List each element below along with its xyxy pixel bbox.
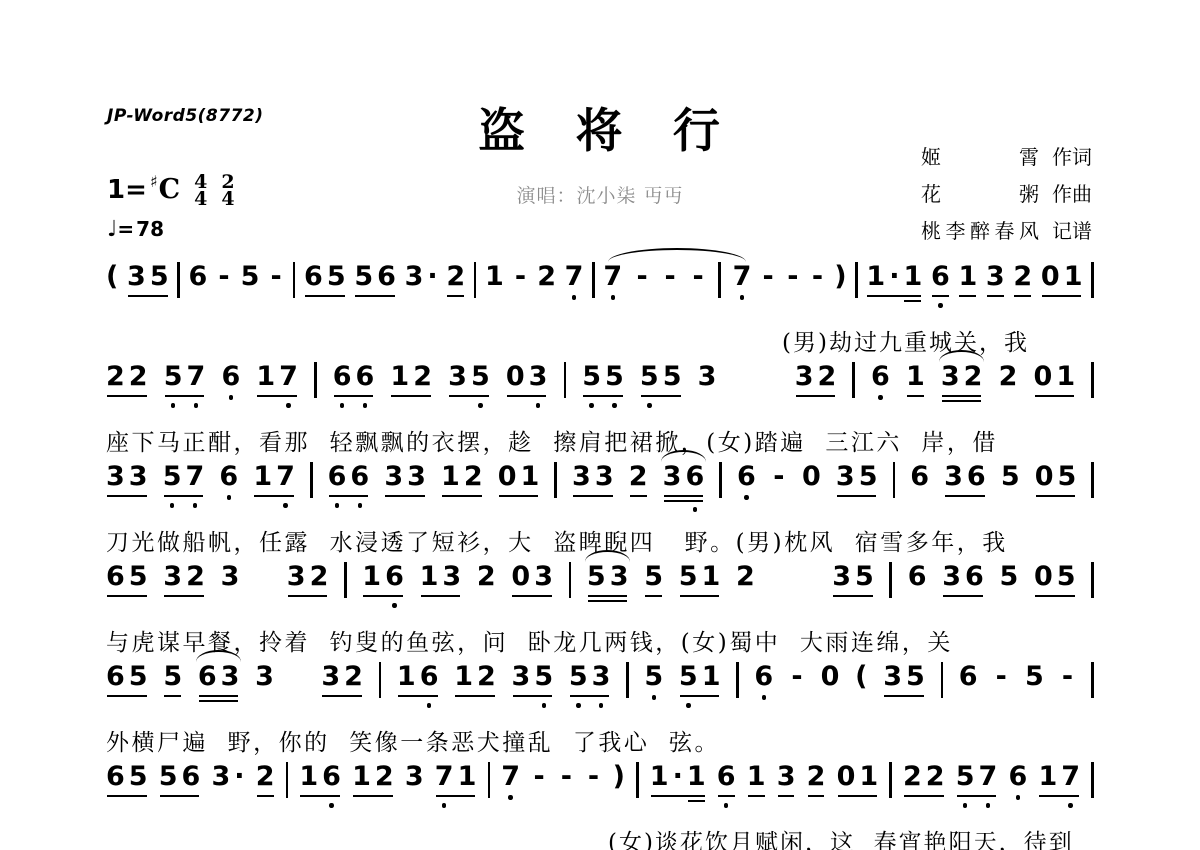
note-digit: 2 bbox=[464, 462, 483, 492]
sixteenth-underline bbox=[199, 700, 239, 702]
credit-role: 作曲 bbox=[1052, 178, 1092, 207]
low-octave-dot bbox=[283, 503, 288, 508]
rest-note: 0 bbox=[511, 562, 530, 592]
barline bbox=[855, 262, 858, 298]
note-digit: 1 bbox=[458, 762, 477, 792]
parenthesis: ) bbox=[613, 762, 625, 792]
note-digit: 6 bbox=[385, 562, 404, 592]
barline bbox=[1091, 262, 1094, 298]
note-digit: 7 bbox=[733, 262, 752, 292]
eighth-underline bbox=[363, 595, 403, 597]
note-digit: 3 bbox=[106, 462, 125, 492]
barline bbox=[564, 362, 567, 398]
dash-extender: - bbox=[760, 262, 776, 292]
note-digit: 5 bbox=[1001, 462, 1020, 492]
note-digit: 5 bbox=[855, 562, 874, 592]
low-octave-dot bbox=[963, 803, 968, 808]
note-group: 6 bbox=[189, 262, 208, 292]
note-digit: 2 bbox=[344, 662, 363, 692]
note-group: 17 bbox=[1038, 762, 1080, 792]
note-group: 17 bbox=[253, 462, 295, 492]
eighth-underline bbox=[160, 795, 200, 797]
eighth-underline bbox=[300, 795, 340, 797]
note-digit: 1 bbox=[256, 362, 275, 392]
barline bbox=[293, 262, 296, 298]
note-digit: 1 bbox=[485, 262, 504, 292]
low-octave-dot bbox=[693, 507, 698, 512]
parenthesis: ( bbox=[106, 262, 118, 292]
note-digit: 5 bbox=[640, 362, 659, 392]
note-group: 55 bbox=[640, 362, 682, 392]
note-digit: 2 bbox=[375, 762, 394, 792]
note-digit: 2 bbox=[999, 362, 1018, 392]
eighth-underline bbox=[355, 295, 395, 297]
note-group: 1 bbox=[747, 762, 766, 792]
eighth-underline bbox=[455, 695, 495, 697]
eighth-underline bbox=[884, 695, 924, 697]
note-group: 32 bbox=[163, 562, 205, 592]
note-digit: 7 bbox=[1061, 762, 1080, 792]
low-octave-dot bbox=[427, 703, 432, 708]
note-digit: 6 bbox=[356, 362, 375, 392]
note-digit: 3 bbox=[287, 562, 306, 592]
note-digit: 7 bbox=[435, 762, 454, 792]
note-digit: 1 bbox=[397, 662, 416, 692]
note-digit: 6 bbox=[198, 662, 217, 692]
note-group: 53 bbox=[587, 562, 629, 592]
note-group: 57 bbox=[956, 762, 998, 792]
barline bbox=[379, 662, 382, 698]
note-group: 36 bbox=[942, 562, 984, 592]
note-digit: 3 bbox=[832, 562, 851, 592]
low-octave-dot bbox=[986, 803, 991, 808]
low-octave-dot bbox=[576, 703, 581, 708]
note-digit: 6 bbox=[717, 762, 736, 792]
barline bbox=[344, 562, 347, 598]
low-octave-dot bbox=[171, 403, 176, 408]
note-group: 35 bbox=[832, 562, 874, 592]
note-digit: 2 bbox=[413, 362, 432, 392]
eighth-underline bbox=[867, 295, 921, 297]
low-octave-dot bbox=[536, 403, 541, 408]
low-octave-dot bbox=[589, 403, 594, 408]
note-digit: 2 bbox=[537, 262, 556, 292]
eighth-underline bbox=[945, 495, 985, 497]
note-digit: 1 bbox=[702, 662, 721, 692]
eighth-underline bbox=[513, 695, 553, 697]
note-group: - bbox=[662, 262, 678, 292]
note-digit: 7 bbox=[979, 762, 998, 792]
eighth-underline bbox=[641, 395, 681, 397]
note-group: 3 bbox=[405, 762, 424, 792]
low-octave-dot bbox=[194, 403, 199, 408]
note-group: 35 bbox=[448, 362, 490, 392]
eighth-underline bbox=[164, 595, 204, 597]
eighth-underline bbox=[512, 595, 552, 597]
note-digit: 2 bbox=[964, 362, 983, 392]
note-digit: 3 bbox=[163, 562, 182, 592]
note-group: 1 bbox=[485, 262, 504, 292]
note-digit: 1 bbox=[390, 362, 409, 392]
barline bbox=[286, 762, 289, 798]
eighth-underline bbox=[833, 595, 873, 597]
note-digit: 3 bbox=[448, 362, 467, 392]
note-group: 57 bbox=[164, 362, 206, 392]
dash-extender: - bbox=[662, 262, 678, 292]
note-digit: 1 bbox=[454, 662, 473, 692]
note-group: 6 bbox=[910, 462, 929, 492]
note-group: 65 bbox=[106, 762, 148, 792]
eighth-underline bbox=[257, 795, 274, 797]
sheet-page: JP-Word5(8772) 盗 将 行 演唱：沈小柒 丏丏 1= ♯ C 4 … bbox=[0, 0, 1200, 850]
note-group: 3 bbox=[777, 762, 796, 792]
note-digit: 7 bbox=[276, 462, 295, 492]
rest-note: 0 bbox=[1034, 362, 1053, 392]
note-group: - bbox=[634, 262, 650, 292]
eighth-underline bbox=[305, 295, 345, 297]
note-group: 53 bbox=[569, 662, 611, 692]
note-group: 66 bbox=[333, 362, 375, 392]
rest-note: 0 bbox=[1034, 562, 1053, 592]
note-digit: 3 bbox=[663, 462, 682, 492]
notation-row: 22576176612350355553326132201 bbox=[106, 346, 1094, 412]
barline bbox=[1091, 462, 1094, 498]
note-group: - bbox=[1060, 662, 1076, 692]
eighth-underline bbox=[778, 795, 795, 797]
note-digit: 5 bbox=[859, 462, 878, 492]
note-digit: 1 bbox=[958, 262, 977, 292]
note-digit: 3 bbox=[592, 662, 611, 692]
note-digit: 5 bbox=[150, 262, 169, 292]
note-group: 12 bbox=[352, 762, 394, 792]
note-group: - bbox=[690, 262, 706, 292]
barline bbox=[718, 262, 721, 298]
low-octave-dot bbox=[478, 403, 483, 408]
time-signature-1: 4 4 bbox=[194, 174, 207, 208]
note-digit: 3 bbox=[944, 462, 963, 492]
time-signature-2: 2 4 bbox=[221, 174, 234, 208]
eighth-underline bbox=[391, 395, 431, 397]
note-digit: 3 bbox=[529, 362, 548, 392]
note-group: 16 bbox=[299, 762, 341, 792]
note-digit: 7 bbox=[565, 262, 584, 292]
meter-denominator: 4 bbox=[221, 191, 234, 208]
key-prefix: 1= bbox=[107, 174, 147, 206]
note-group: 65 bbox=[106, 662, 148, 692]
music-system-2: 22576176612350355553326132201座下马正酣，看那 轻飘… bbox=[106, 346, 1094, 446]
note-digit: 3 bbox=[442, 562, 461, 592]
note-group: - bbox=[771, 462, 787, 492]
barline bbox=[314, 362, 317, 398]
tempo-bpm: 78 bbox=[136, 217, 164, 241]
sixteenth-underline bbox=[688, 800, 705, 802]
note-digit: 3 bbox=[255, 662, 274, 692]
note-digit: 3 bbox=[986, 262, 1005, 292]
note-digit: 5 bbox=[999, 562, 1018, 592]
eighth-underline bbox=[128, 295, 168, 297]
dash-extender: - bbox=[634, 262, 650, 292]
note-digit: 1 bbox=[1038, 762, 1057, 792]
note-digit: 5 bbox=[164, 362, 183, 392]
music-system-3: 335761766331201332366-035636505刀光做船帆，任露 … bbox=[106, 446, 1094, 546]
note-digit: 5 bbox=[587, 562, 606, 592]
low-octave-dot bbox=[611, 295, 616, 300]
note-digit: 5 bbox=[471, 362, 490, 392]
note-group: 2 bbox=[1013, 262, 1032, 292]
sixteenth-underline bbox=[664, 500, 704, 502]
sixteenth-underline bbox=[904, 300, 921, 302]
low-octave-dot bbox=[229, 395, 234, 400]
note-group: 51 bbox=[679, 562, 721, 592]
note-digit: 1 bbox=[253, 462, 272, 492]
key-signature: 1= ♯ C 4 4 2 4 bbox=[107, 174, 235, 208]
low-octave-dot bbox=[1068, 803, 1073, 808]
note-digit: 2 bbox=[807, 762, 826, 792]
note-group: 2 bbox=[629, 462, 648, 492]
eighth-underline bbox=[447, 295, 464, 297]
note-digit: 2 bbox=[106, 362, 125, 392]
note-group: 56 bbox=[159, 762, 201, 792]
eighth-underline bbox=[1039, 795, 1079, 797]
lyric-line: 与虎谋早餐，拎着 钓叟的鱼弦，问 卧龙几两钱，(女)蜀中 大雨连绵，关 bbox=[106, 624, 1094, 657]
eighth-underline bbox=[942, 395, 982, 397]
note-digit: 6 bbox=[1009, 762, 1028, 792]
low-octave-dot bbox=[358, 503, 363, 508]
barline bbox=[569, 562, 572, 598]
eighth-underline bbox=[1036, 495, 1076, 497]
low-octave-dot bbox=[878, 395, 883, 400]
tie-arc bbox=[608, 248, 746, 262]
eighth-underline bbox=[107, 695, 147, 697]
eighth-underline bbox=[943, 595, 983, 597]
rest-note: 0 bbox=[821, 662, 840, 692]
note-digit: 5 bbox=[241, 262, 260, 292]
credit-composer: 花粥 作曲 bbox=[921, 178, 1092, 207]
note-group: 6 bbox=[221, 362, 240, 392]
eighth-underline bbox=[165, 395, 205, 397]
dash-extender: - bbox=[993, 662, 1009, 692]
dash-extender: - bbox=[585, 762, 601, 792]
augmentation-dot: · bbox=[427, 262, 437, 292]
note-digit: 5 bbox=[354, 262, 373, 292]
eighth-underline bbox=[651, 795, 705, 797]
eighth-underline bbox=[507, 395, 547, 397]
note-group: 03 bbox=[506, 362, 548, 392]
note-digit: 5 bbox=[569, 662, 588, 692]
note-digit: 3 bbox=[777, 762, 796, 792]
sharp-icon: ♯ bbox=[150, 174, 158, 190]
low-octave-dot bbox=[363, 403, 368, 408]
barline bbox=[554, 462, 557, 498]
note-group: 35 bbox=[512, 662, 554, 692]
eighth-underline bbox=[107, 595, 147, 597]
note-digit: 6 bbox=[910, 462, 929, 492]
note-group: 5 bbox=[163, 662, 182, 692]
barline bbox=[1091, 562, 1094, 598]
quarter-note-icon: ♩ bbox=[107, 217, 117, 242]
barline bbox=[488, 762, 491, 798]
note-group: 7 bbox=[603, 262, 622, 292]
note-group: - bbox=[585, 762, 601, 792]
note-group: 32 bbox=[287, 562, 329, 592]
low-octave-dot bbox=[572, 295, 577, 300]
note-group: - bbox=[216, 262, 232, 292]
eighth-underline bbox=[680, 695, 720, 697]
barline bbox=[636, 762, 639, 798]
note-digit: 1 bbox=[352, 762, 371, 792]
note-digit: 3 bbox=[384, 462, 403, 492]
note-group: 7 bbox=[565, 262, 584, 292]
note-digit: 5 bbox=[129, 762, 148, 792]
low-octave-dot bbox=[542, 703, 547, 708]
spacer bbox=[255, 562, 271, 563]
note-digit: 5 bbox=[679, 662, 698, 692]
tempo-equals: = bbox=[117, 217, 134, 241]
systems: (356-5-65563·21-277---7---)1·1613201(男)劫… bbox=[106, 246, 1094, 846]
note-digit: 2 bbox=[926, 762, 945, 792]
eighth-underline bbox=[436, 795, 476, 797]
low-octave-dot bbox=[762, 695, 767, 700]
note-digit: 3 bbox=[405, 262, 424, 292]
note-digit: 5 bbox=[327, 262, 346, 292]
note-digit: 5 bbox=[163, 662, 182, 692]
note-digit: 6 bbox=[959, 662, 978, 692]
note-group: 05 bbox=[1034, 562, 1076, 592]
barline bbox=[592, 262, 595, 298]
note-digit: 5 bbox=[605, 362, 624, 392]
note-digit: 6 bbox=[350, 462, 369, 492]
eighth-underline bbox=[288, 595, 328, 597]
note-digit: 7 bbox=[186, 462, 205, 492]
barline bbox=[177, 262, 180, 298]
eighth-underline bbox=[796, 395, 836, 397]
lyric-line: 座下马正酣，看那 轻飘飘的衣摆，趁 擦肩把裙掀，(女)踏遍 三江六 岸，借 bbox=[106, 424, 1094, 457]
note-digit: 6 bbox=[908, 562, 927, 592]
augmentation-dot: · bbox=[234, 762, 244, 792]
low-octave-dot bbox=[508, 795, 513, 800]
note-group: 35 bbox=[836, 462, 878, 492]
low-octave-dot bbox=[938, 303, 943, 308]
low-octave-dot bbox=[392, 603, 397, 608]
note-digit: 1 bbox=[866, 262, 885, 292]
low-octave-dot bbox=[286, 403, 291, 408]
spacer bbox=[733, 362, 779, 363]
note-digit: 5 bbox=[906, 662, 925, 692]
note-digit: 7 bbox=[603, 262, 622, 292]
note-digit: 3 bbox=[795, 362, 814, 392]
note-digit: 6 bbox=[322, 762, 341, 792]
eighth-underline bbox=[107, 395, 147, 397]
dash-extender: - bbox=[216, 262, 232, 292]
note-digit: 5 bbox=[1058, 462, 1077, 492]
note-group: 6 bbox=[908, 562, 927, 592]
note-digit: 3 bbox=[221, 562, 240, 592]
music-system-6: 65563·216123717---)1·16132012257617(女)谈花… bbox=[106, 746, 1094, 846]
note-digit: 3 bbox=[321, 662, 340, 692]
note-digit: 3 bbox=[405, 762, 424, 792]
note-group: 33 bbox=[106, 462, 148, 492]
note-group: - bbox=[531, 762, 547, 792]
note-group: 1 bbox=[958, 262, 977, 292]
note-digit: 5 bbox=[159, 762, 178, 792]
eighth-underline bbox=[1014, 295, 1031, 297]
note-group: 32 bbox=[941, 362, 983, 392]
note-group: 12 bbox=[390, 362, 432, 392]
note-digit: 2 bbox=[129, 362, 148, 392]
note-digit: 3 bbox=[595, 462, 614, 492]
note-digit: 3 bbox=[407, 462, 426, 492]
note-group: 5 bbox=[1001, 462, 1020, 492]
note-group: 3 bbox=[221, 562, 240, 592]
note-digit: 3 bbox=[610, 562, 629, 592]
low-octave-dot bbox=[612, 403, 617, 408]
note-digit: 5 bbox=[163, 462, 182, 492]
eighth-underline bbox=[645, 595, 662, 597]
note-digit: 6 bbox=[304, 262, 323, 292]
note-group: 1·1 bbox=[650, 762, 706, 792]
barline bbox=[1091, 762, 1094, 798]
note-digit: 1 bbox=[299, 762, 318, 792]
low-octave-dot bbox=[340, 403, 345, 408]
eighth-underline bbox=[385, 495, 425, 497]
spacer bbox=[290, 662, 306, 663]
lyric-line: (女)谈花饮月赋闲，这 春宵艳阳天，待到 bbox=[106, 824, 1094, 850]
dash-extender: - bbox=[690, 262, 706, 292]
note-group: 3 bbox=[698, 362, 717, 392]
barline bbox=[719, 462, 722, 498]
rest-note: 0 bbox=[1041, 262, 1060, 292]
eighth-underline bbox=[199, 695, 239, 697]
note-group: 5 bbox=[999, 562, 1018, 592]
augmentation-dot: · bbox=[673, 762, 683, 792]
note-digit: 5 bbox=[663, 362, 682, 392]
low-octave-dot bbox=[740, 295, 745, 300]
note-digit: 3 bbox=[212, 762, 231, 792]
dash-extender: - bbox=[513, 262, 529, 292]
note-group: - bbox=[760, 262, 776, 292]
note-digit: 5 bbox=[534, 662, 553, 692]
rest-note: 0 bbox=[498, 462, 517, 492]
note-group: 51 bbox=[679, 662, 721, 692]
note-group: 1·1 bbox=[866, 262, 922, 292]
note-digit: 6 bbox=[328, 462, 347, 492]
note-digit: 5 bbox=[644, 662, 663, 692]
key-tonic: C bbox=[159, 174, 181, 206]
note-group: 32 bbox=[321, 662, 363, 692]
note-digit: 2 bbox=[1013, 262, 1032, 292]
low-octave-dot bbox=[227, 495, 232, 500]
note-digit: 3 bbox=[883, 662, 902, 692]
note-digit: 3 bbox=[127, 262, 146, 292]
note-group: 16 bbox=[397, 662, 439, 692]
parenthesis: ( bbox=[855, 662, 867, 692]
dash-extender: - bbox=[268, 262, 284, 292]
note-digit: 6 bbox=[333, 362, 352, 392]
note-digit: 6 bbox=[182, 762, 201, 792]
note-group: 6 bbox=[871, 362, 890, 392]
dash-extender: - bbox=[558, 762, 574, 792]
note-group: 6 bbox=[1009, 762, 1028, 792]
note-group: 5 bbox=[644, 662, 663, 692]
eighth-underline bbox=[959, 295, 976, 297]
note-group: 22 bbox=[903, 762, 945, 792]
note-group: 05 bbox=[1035, 462, 1077, 492]
note-group: - bbox=[785, 262, 801, 292]
note-digit: 5 bbox=[644, 562, 663, 592]
note-group: 3 bbox=[986, 262, 1005, 292]
eighth-underline bbox=[449, 395, 489, 397]
low-octave-dot bbox=[170, 503, 175, 508]
